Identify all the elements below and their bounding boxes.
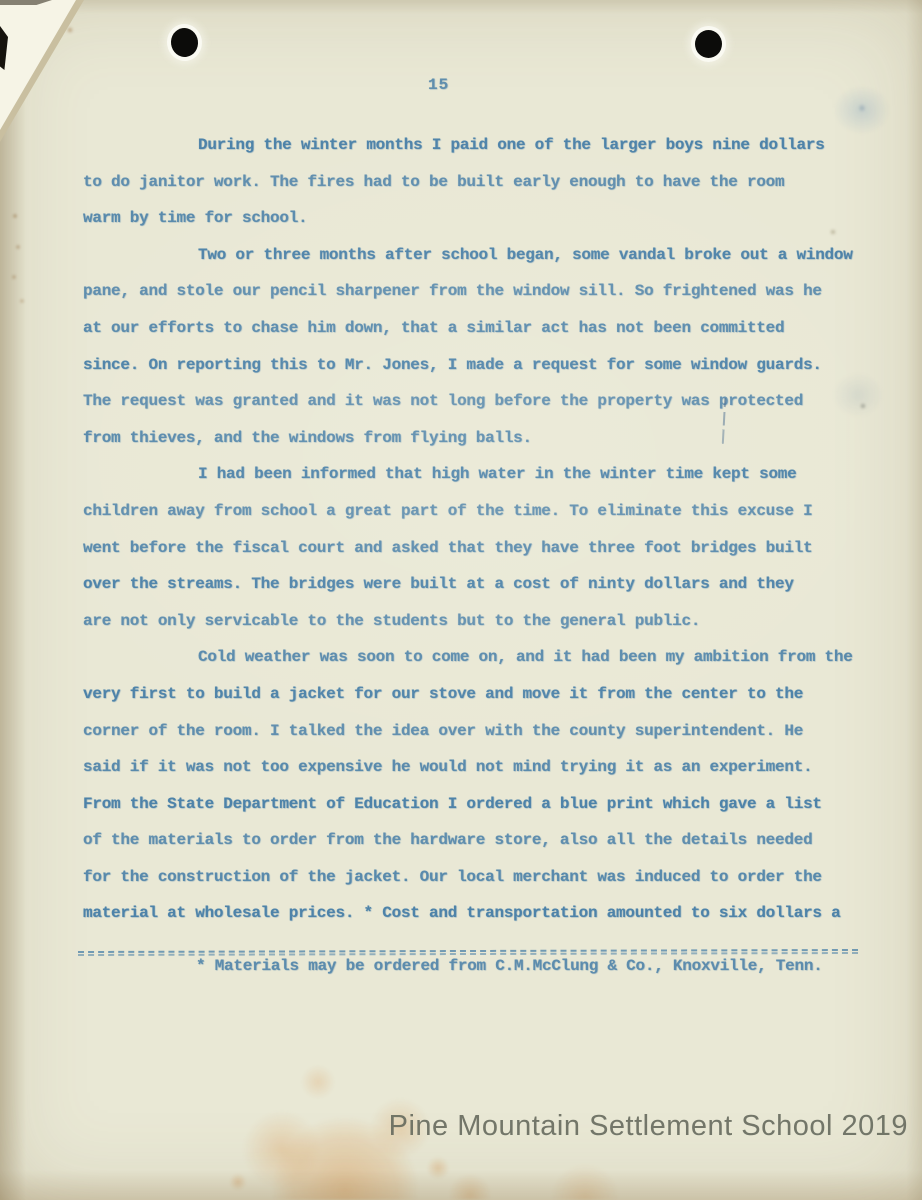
typed-line: very first to build a jacket for our sto…	[83, 676, 878, 713]
torn-corner-top-left	[0, 0, 90, 150]
typed-line: pane, and stole our pencil sharpener fro…	[83, 273, 878, 310]
typed-line: went before the fiscal court and asked t…	[83, 530, 878, 567]
footnote-text: * Materials may be ordered from C.M.McCl…	[196, 957, 823, 975]
page-number: 15	[428, 76, 449, 94]
typed-line: corner of the room. I talked the idea ov…	[83, 713, 878, 750]
typed-line: warm by time for school.	[83, 200, 878, 237]
typed-line: for the construction of the jacket. Our …	[83, 859, 878, 896]
punch-hole-right	[695, 30, 722, 58]
typed-line: Two or three months after school began, …	[83, 237, 878, 274]
typed-line: to do janitor work. The fires had to be …	[83, 164, 878, 201]
corner-fold-shadow	[0, 0, 84, 142]
typed-line: since. On reporting this to Mr. Jones, I…	[83, 347, 878, 384]
corner-edge-sliver	[0, 0, 52, 5]
document-page: 15 During the winter months I paid one o…	[0, 0, 922, 1200]
typed-line: Cold weather was soon to come on, and it…	[83, 639, 878, 676]
typed-line: said if it was not too expensive he woul…	[83, 749, 878, 786]
typed-line: at our efforts to chase him down, that a…	[83, 310, 878, 347]
watermark-text: Pine Mountain Settlement School 2019	[389, 1110, 908, 1143]
typed-text-body: During the winter months I paid one of t…	[83, 127, 878, 932]
typed-line: over the streams. The bridges were built…	[83, 566, 878, 603]
typed-line: I had been informed that high water in t…	[83, 456, 878, 493]
corner-tear-notch	[0, 26, 8, 70]
typed-line: During the winter months I paid one of t…	[83, 127, 878, 164]
typed-line: From the State Department of Education I…	[83, 786, 878, 823]
typed-line: The request was granted and it was not l…	[83, 383, 878, 420]
footnote-rule	[78, 949, 858, 956]
typed-line: from thieves, and the windows from flyin…	[83, 420, 878, 457]
typed-line: material at wholesale prices. * Cost and…	[83, 895, 878, 932]
typed-line: of the materials to order from the hardw…	[83, 822, 878, 859]
corner-fold-paper	[0, 0, 76, 130]
punch-hole-left	[169, 26, 200, 58]
typed-line: children away from school a great part o…	[83, 493, 878, 530]
typed-line: are not only servicable to the students …	[83, 603, 878, 640]
